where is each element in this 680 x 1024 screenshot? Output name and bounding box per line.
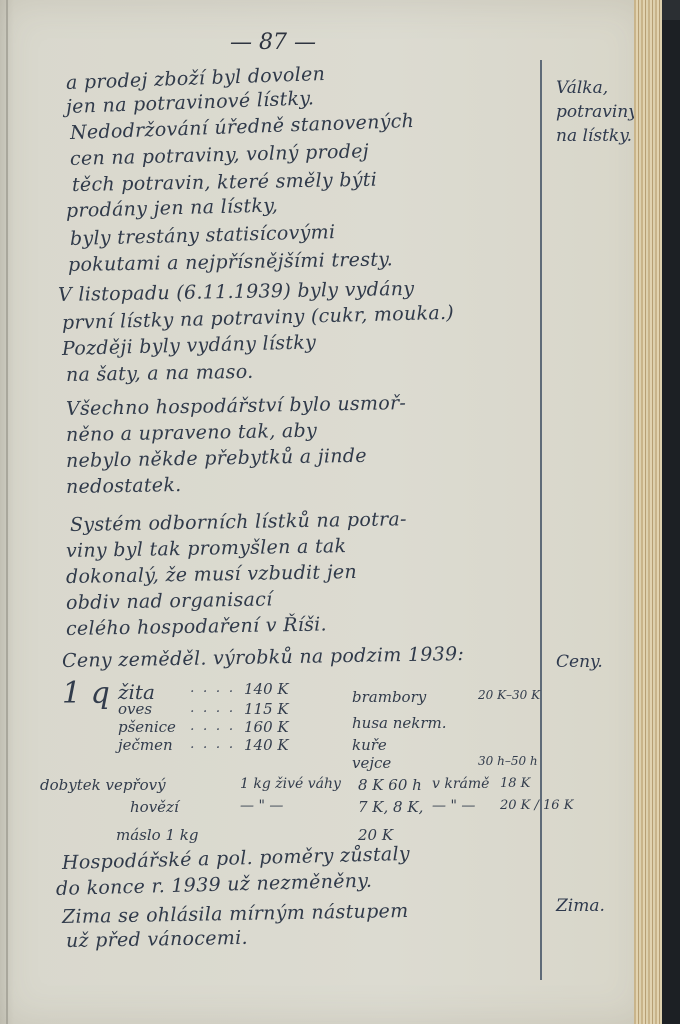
price-item: pšenice [118,718,176,736]
price-item: ječmen [118,736,173,754]
handwritten-line: Zima se ohlásila mírným nástupem [62,900,409,928]
margin-note: potraviny [556,102,638,122]
price-value: 140 K [244,736,289,754]
price-value: 160 K [244,718,289,736]
price-value: 20 K–30 K [478,688,540,702]
livestock-price: 7 K, 8 K, [358,798,423,816]
handwritten-line: Ceny zeměděl. výrobků na podzim 1939: [62,643,465,672]
price-item: vejce [352,754,391,772]
livestock-note-price: 18 K [500,776,530,791]
livestock-item: máslo 1 kg [116,826,198,844]
page-edges [634,0,662,1024]
margin-note: Zima. [556,896,605,916]
price-item: husa nekrm. [352,714,447,732]
price-value: 140 K [244,680,289,698]
livestock-unit: 1 kg živé váhy [240,776,341,792]
handwritten-line: celého hospodaření v Říši. [66,613,327,640]
handwritten-line: už před vánocemi. [66,927,248,952]
price-item: brambory [352,688,426,706]
handwritten-line: nedostatek. [66,474,182,498]
livestock-price: 8 K 60 h [358,776,422,794]
handwritten-line: pokutami a nejpřísnějšími tresty. [68,248,393,276]
handwritten-line: Všechno hospodářství bylo usmoř- [66,392,406,420]
handwritten-line: byly trestány statisícovými [70,221,336,250]
leader-dots: . . . . [190,718,235,734]
livestock-item: hovězí [130,798,179,816]
handwritten-line: těch potravin, které směly býti [72,169,377,196]
price-unit: 1 q [62,676,110,711]
livestock-note: — " — [432,798,475,814]
margin-note: Ceny. [556,652,603,672]
handwritten-line: viny byl tak promyšlen a tak [66,535,347,562]
handwritten-line: dokonalý, že musí vzbudit jen [66,561,357,588]
handwritten-line: obdiv nad organisací [66,588,273,614]
leader-dots: . . . . [190,736,235,752]
price-value: 115 K [244,700,289,718]
price-item: oves [118,700,152,718]
handwritten-line: cen na potraviny, volný prodej [70,140,369,170]
handwritten-line: Později byly vydány lístky [62,331,317,360]
price-item: kuře [352,736,387,754]
chronicle-page: — 87 — a prodej zboží byl dovolenjen na … [0,0,648,1024]
margin-note: Válka, [556,78,608,98]
handwritten-line: něno a upraveno tak, aby [66,420,317,446]
price-value: 30 h–50 h [478,754,538,768]
handwritten-line: na šaty, a na maso. [66,361,254,386]
handwritten-line: V listopadu (6.11.1939) byly vydány [58,278,415,306]
livestock-note: v krámě [432,776,489,792]
handwritten-line: Systém odborních lístků na potra- [70,508,407,536]
livestock-price: 20 K [358,826,393,844]
handwritten-line: nebylo někde přebytků a jinde [66,445,367,472]
handwritten-line: prodány jen na lístky, [66,194,279,222]
livestock-item: dobytek vepřový [40,776,166,794]
margin-note: na lístky. [556,126,632,146]
leader-dots: . . . . [190,700,235,716]
livestock-note-price: 20 K / 16 K [500,798,573,813]
book-spine [662,20,680,1024]
livestock-unit: — " — [240,798,283,814]
leader-dots: . . . . [190,680,235,696]
page-number: — 87 — [230,30,316,55]
margin-rule [540,60,542,980]
handwritten-line: první lístky na potraviny (cukr, mouka.) [62,302,455,334]
handwritten-line: do konce r. 1939 už nezměněny. [56,870,373,900]
